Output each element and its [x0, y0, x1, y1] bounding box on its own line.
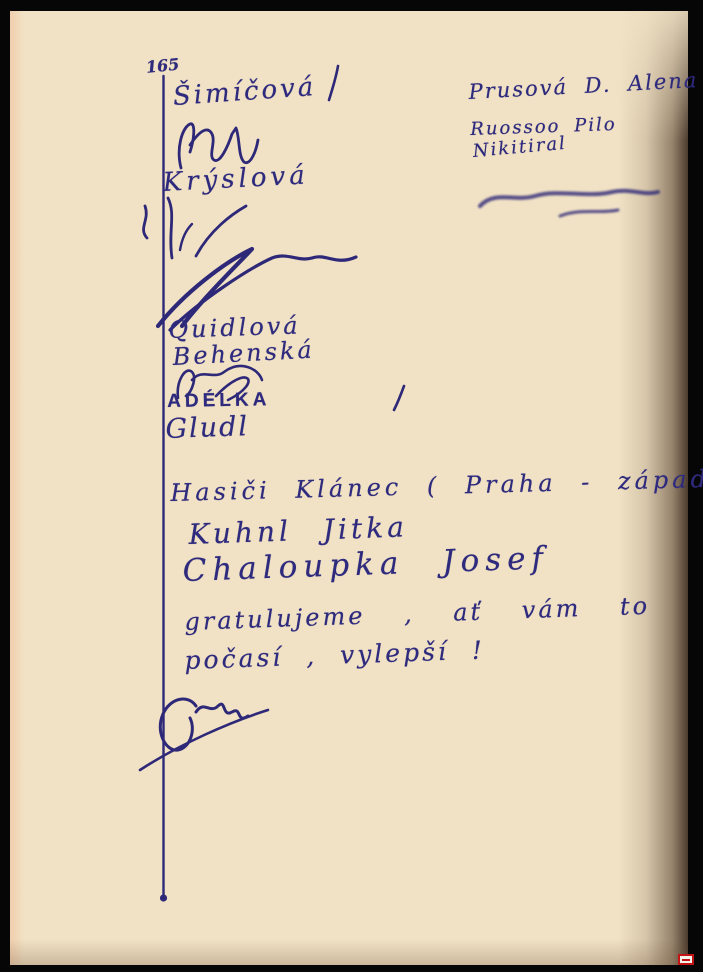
scanned-page: 165 Šimíčová Krýslová Quidlová Behenská …: [0, 0, 703, 972]
tulip-doodle: [144, 198, 246, 258]
margin-rule-line: [160, 76, 167, 902]
signature-5: ADÉLKA: [167, 389, 271, 413]
joza-flourish-signature: [140, 699, 268, 770]
stray-tick-marks: [329, 66, 404, 410]
page-number: 165: [145, 55, 180, 77]
signature-6: Gludl: [165, 411, 250, 445]
scan-artifact-dash: [682, 959, 690, 961]
scan-artifact-icon: [678, 954, 694, 965]
kym-flourish-signature: [179, 124, 258, 168]
